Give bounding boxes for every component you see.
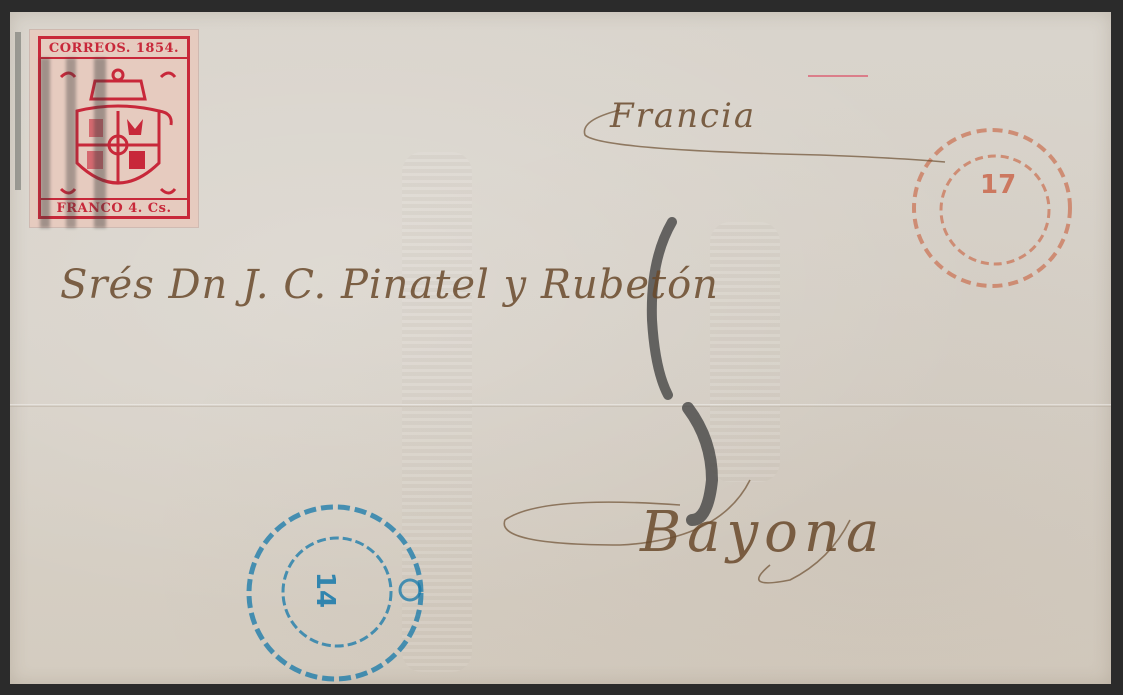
addressee-text: Srés Dn J. C. Pinatel y Rubetón (60, 262, 719, 308)
blue-postmark-day: 14 (310, 572, 340, 608)
destination-country-text: Francia (610, 96, 756, 136)
red-postmark-day: 17 (980, 170, 1016, 200)
grill-cancel-mark (40, 58, 140, 228)
fold-line (10, 404, 1111, 407)
destination-city-text: Bayona (640, 500, 885, 565)
stamp-top-text: CORREOS. 1854. (41, 41, 187, 59)
postage-stamp: CORREOS. 1854. FRANCO 4 (30, 30, 198, 227)
embossed-pattern (402, 152, 472, 672)
embossed-pattern (710, 222, 780, 482)
